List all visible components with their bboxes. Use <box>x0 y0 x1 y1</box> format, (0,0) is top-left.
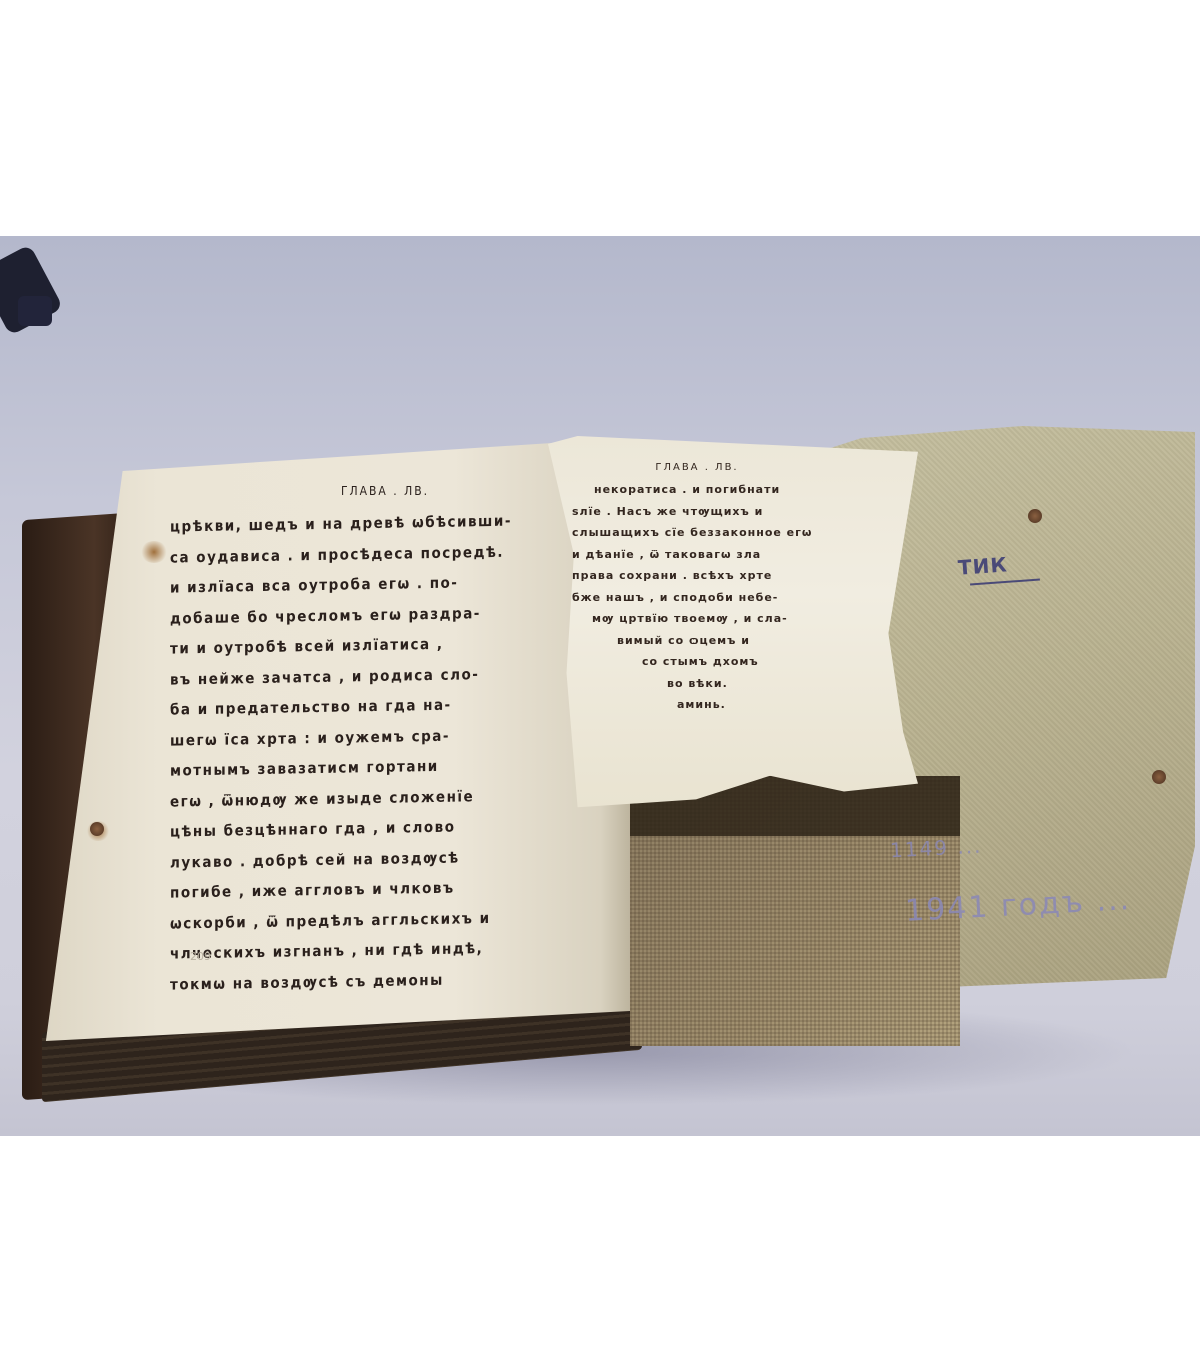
text-line: ѕлїе . Насъ же чтѹщихъ и <box>572 501 822 523</box>
chapter-heading: ГЛАВА . ЛВ. <box>572 462 822 473</box>
cover-stamp-line-1: 1149 ... <box>889 834 982 863</box>
book-photo: ГЛАВА . ЛВ. црѣкви, шедъ и на древѣ ѡбѣс… <box>0 236 1200 1136</box>
text-line: мѹ цртвїю твоемѹ , и сла- <box>572 608 822 630</box>
text-line: некоратиса . и погибнати <box>572 479 822 501</box>
text-line: бже нашъ , и сподоби небе- <box>572 587 822 609</box>
text-line: слышащихъ сїе беззаконное егѡ <box>572 522 822 544</box>
text-line: вимый со ѻцемъ и <box>572 630 822 652</box>
cover-label: ТИК <box>957 552 1008 579</box>
text-line: токмѡ на воздѹсѣ съ демоны <box>170 962 580 1000</box>
black-clip-base <box>18 296 52 326</box>
inserted-leaf-text: ГЛАВА . ЛВ. некоратиса . и погибнати ѕлї… <box>572 462 822 716</box>
chapter-heading: ГЛАВА . ЛВ. <box>190 484 580 498</box>
text-line: права сохрани . всѣхъ хрте <box>572 565 822 587</box>
text-line: со стымъ дхомъ <box>572 651 822 673</box>
cover-rivet <box>90 822 104 836</box>
cover-rivet <box>1152 770 1166 784</box>
text-line: аминь. <box>572 694 822 716</box>
rust-stain <box>140 541 168 563</box>
page-number: 209 <box>190 950 211 963</box>
left-page-text: ГЛАВА . ЛВ. црѣкви, шедъ и на древѣ ѡбѣс… <box>170 484 580 996</box>
text-line: во вѣки. <box>572 673 822 695</box>
text-line: и дѣанїе , ѿ таковагѡ зла <box>572 544 822 566</box>
cover-rivet <box>1028 509 1042 523</box>
